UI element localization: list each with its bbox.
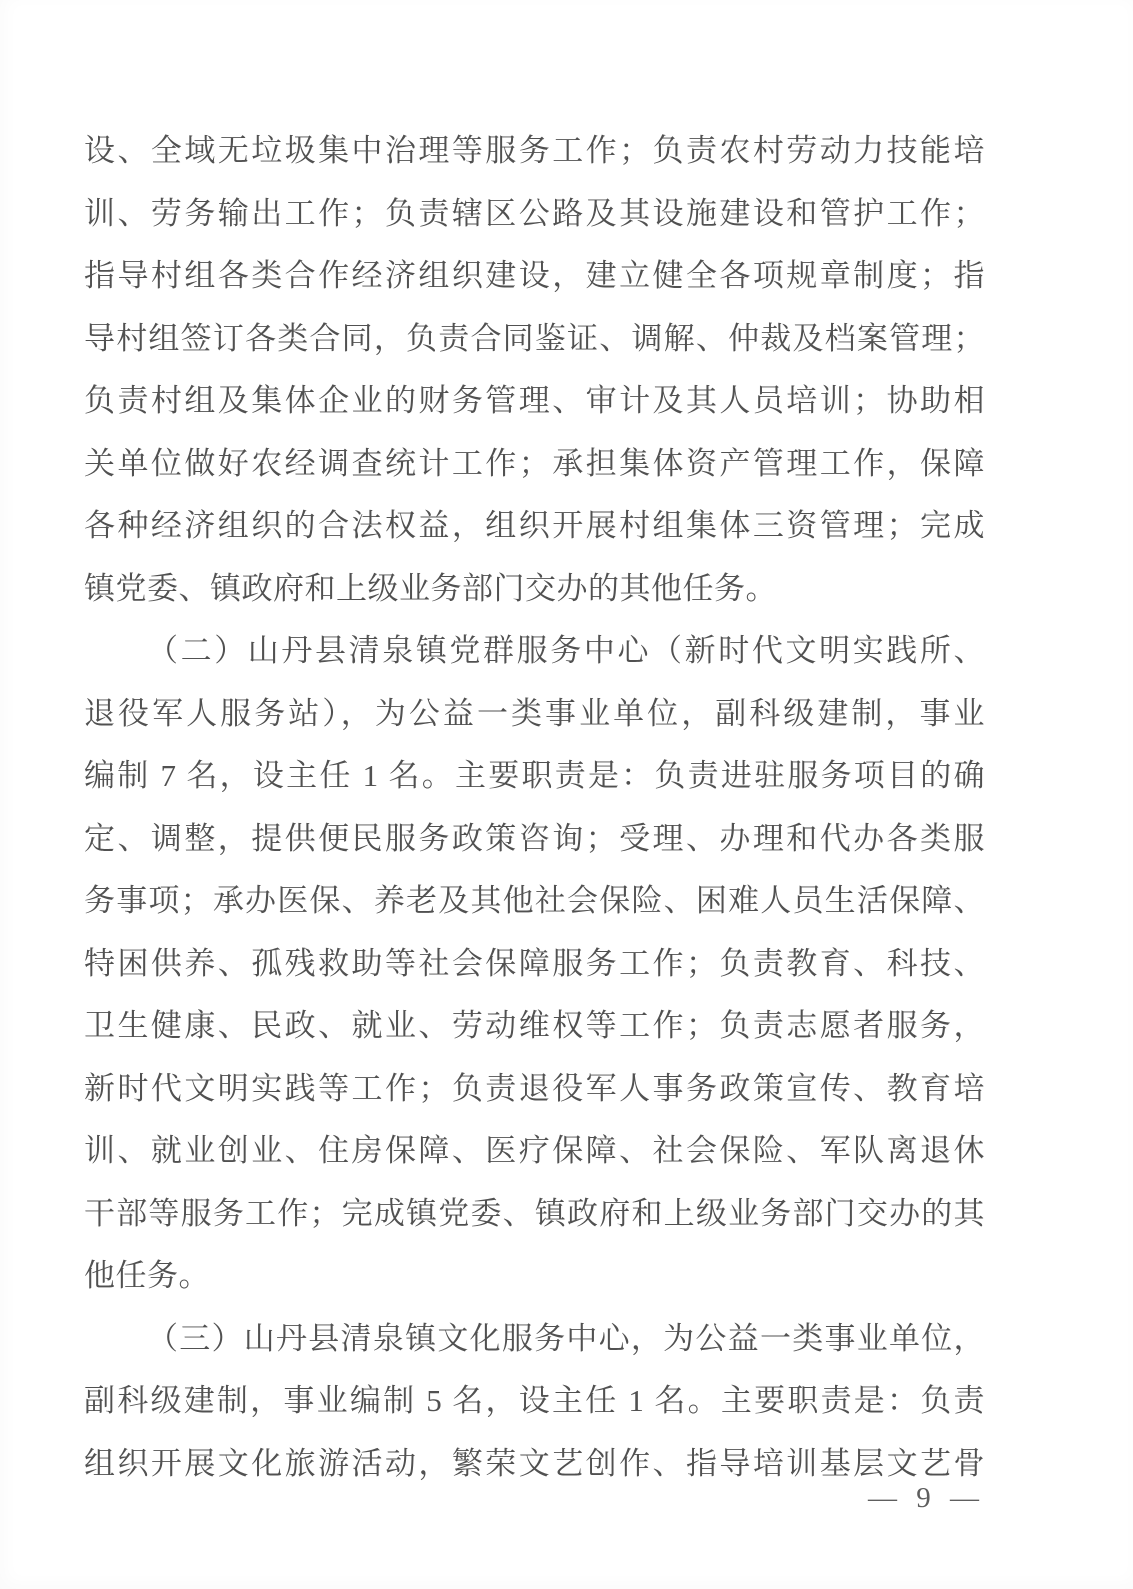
text-line: 定、调整，提供便民服务政策咨询；受理、办理和代办各类服 [84,808,985,871]
text-line: 新时代文明实践等工作；负责退役军人事务政策宣传、教育培 [84,1058,985,1121]
text-line: 副科级建制，事业编制 5 名，设主任 1 名。主要职责是：负责 [84,1370,985,1433]
text-block: 设、全域无垃圾集中治理等服务工作；负责农村劳动力技能培训、劳务输出工作；负责辖区… [84,120,985,1495]
text-line: 卫生健康、民政、就业、劳动维权等工作；负责志愿者服务， [84,995,985,1058]
text-line: 训、就业创业、住房保障、医疗保障、社会保险、军队离退休 [84,1120,985,1183]
text-line: 编制 7 名，设主任 1 名。主要职责是：负责进驻服务项目的确 [84,745,985,808]
scanned-document-page: 设、全域无垃圾集中治理等服务工作；负责农村劳动力技能培训、劳务输出工作；负责辖区… [0,0,1133,1589]
text-line: （二）山丹县清泉镇党群服务中心（新时代文明实践所、 [84,620,985,683]
text-line: 导村组签订各类合同，负责合同鉴证、调解、仲裁及档案管理； [84,308,985,371]
page-number: — 9 — [868,1480,985,1516]
text-line: 退役军人服务站），为公益一类事业单位，副科级建制，事业 [84,683,985,746]
text-line: 他任务。 [84,1245,985,1308]
text-line: （三）山丹县清泉镇文化服务中心，为公益一类事业单位， [84,1308,985,1371]
text-line: 干部等服务工作；完成镇党委、镇政府和上级业务部门交办的其 [84,1183,985,1246]
text-line: 负责村组及集体企业的财务管理、审计及其人员培训；协助相 [84,370,985,433]
text-line: 各种经济组织的合法权益，组织开展村组集体三资管理；完成 [84,495,985,558]
text-line: 务事项；承办医保、养老及其他社会保险、困难人员生活保障、 [84,870,985,933]
text-line: 特困供养、孤残救助等社会保障服务工作；负责教育、科技、 [84,933,985,996]
text-line: 组织开展文化旅游活动，繁荣文艺创作、指导培训基层文艺骨 [84,1433,985,1496]
text-line: 指导村组各类合作经济组织建设，建立健全各项规章制度；指 [84,245,985,308]
text-line: 镇党委、镇政府和上级业务部门交办的其他任务。 [84,558,985,621]
text-line: 设、全域无垃圾集中治理等服务工作；负责农村劳动力技能培 [84,120,985,183]
text-line: 关单位做好农经调查统计工作；承担集体资产管理工作，保障 [84,433,985,496]
text-line: 训、劳务输出工作；负责辖区公路及其设施建设和管护工作； [84,183,985,246]
